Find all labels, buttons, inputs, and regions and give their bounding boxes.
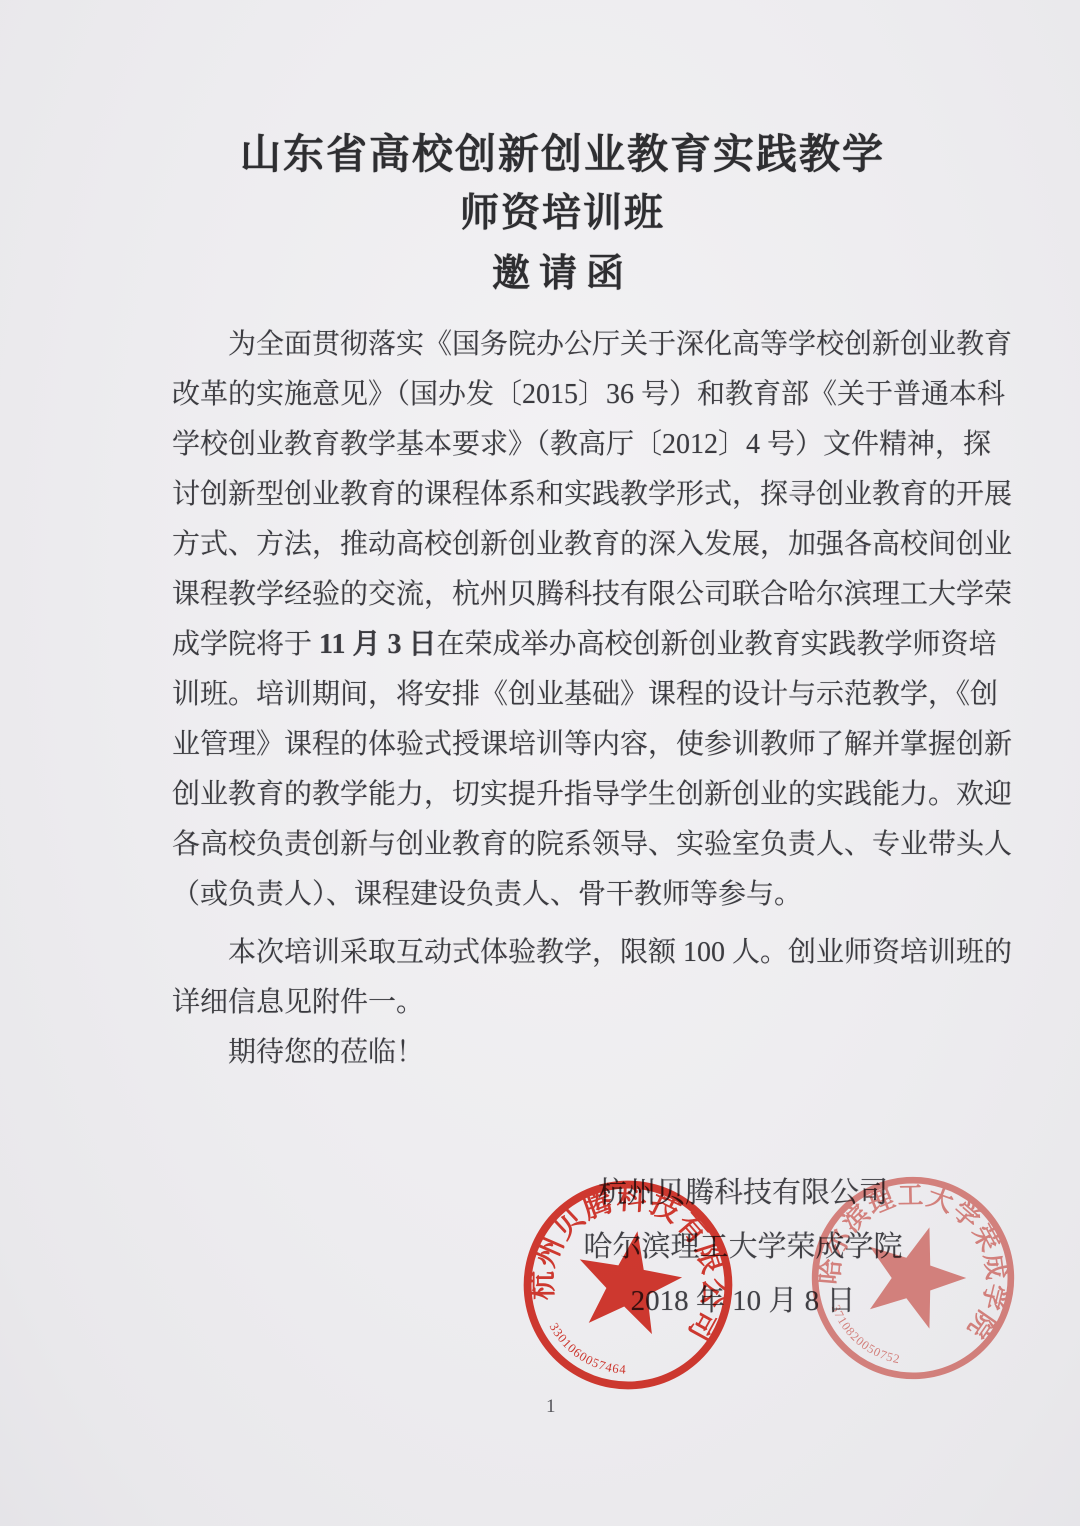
body-line-text: 在荣成举办高校创新创业教育实践教学师资培 [436,629,996,660]
page-number: 1 [546,1396,556,1418]
paragraph-1: 为全面贯彻落实《国务院办公厅关于深化高等学校创新创业教育 改革的实施意见》（国办… [172,320,934,920]
body-line-text: 成学院将于 [172,629,319,660]
body-line: 详细信息见附件一。 [172,978,934,1028]
closing-line: 期待您的莅临！ [172,1028,934,1078]
body-line: 学校创业教育教学基本要求》（教高厅〔2012〕4 号）文件精神，探 [172,420,934,470]
body-line: 讨创新型创业教育的课程体系和实践教学形式，探寻创业教育的开展 [172,470,934,520]
body-line: 课程教学经验的交流，杭州贝腾科技有限公司联合哈尔滨理工大学荣 [172,570,934,620]
training-date: 11 月 3 日 [319,629,436,660]
body-line: 创业教育的教学能力，切实提升指导学生创新创业的实践能力。欢迎 [172,770,934,820]
letter-title: 山东省高校创新创业教育实践教学 师资培训班 邀请函 [45,124,1080,304]
title-line-2: 师资培训班 [45,184,1080,244]
letter-body: 为全面贯彻落实《国务院办公厅关于深化高等学校创新创业教育 改革的实施意见》（国办… [172,320,934,1078]
body-line: 方式、方法，推动高校创新创业教育的深入发展，加强各高校间创业 [172,520,934,570]
body-line: 训班。培训期间，将安排《创业基础》课程的设计与示范教学，《创 [172,670,934,720]
star-icon [852,1212,978,1335]
body-line: 改革的实施意见》（国办发〔2015〕36 号）和教育部《关于普通本科 [172,370,934,420]
title-line-3: 邀请函 [45,244,1080,304]
body-line: 为全面贯彻落实《国务院办公厅关于深化高等学校创新创业教育 [172,320,934,370]
body-line: 各高校负责创新与创业教育的院系领导、实验室负责人、专业带头人 [172,820,934,870]
seal-graphic: 杭州贝腾科技有限公司 3301060057464 [492,1149,763,1420]
scanned-letter-page: 山东省高校创新创业教育实践教学 师资培训班 邀请函 为全面贯彻落实《国务院办公厅… [0,0,1080,1526]
body-line: 本次培训采取互动式体验教学，限额 100 人。创业师资培训班的 [172,928,934,978]
star-icon [569,1222,689,1337]
title-line-1: 山东省高校创新创业教育实践教学 [45,124,1080,184]
body-line: 成学院将于 11 月 3 日在荣成举办高校创新创业教育实践教学师资培 [172,620,934,670]
body-line: 业管理》课程的体验式授课培训等内容，使参训教师了解并掌握创新 [172,720,934,770]
paragraph-2: 本次培训采取互动式体验教学，限额 100 人。创业师资培训班的 详细信息见附件一… [172,928,934,1078]
seal-hangzhou-beiteng: 杭州贝腾科技有限公司 3301060057464 [492,1149,763,1420]
body-line: （或负责人）、课程建设负责人、骨干教师等参与。 [172,870,934,920]
